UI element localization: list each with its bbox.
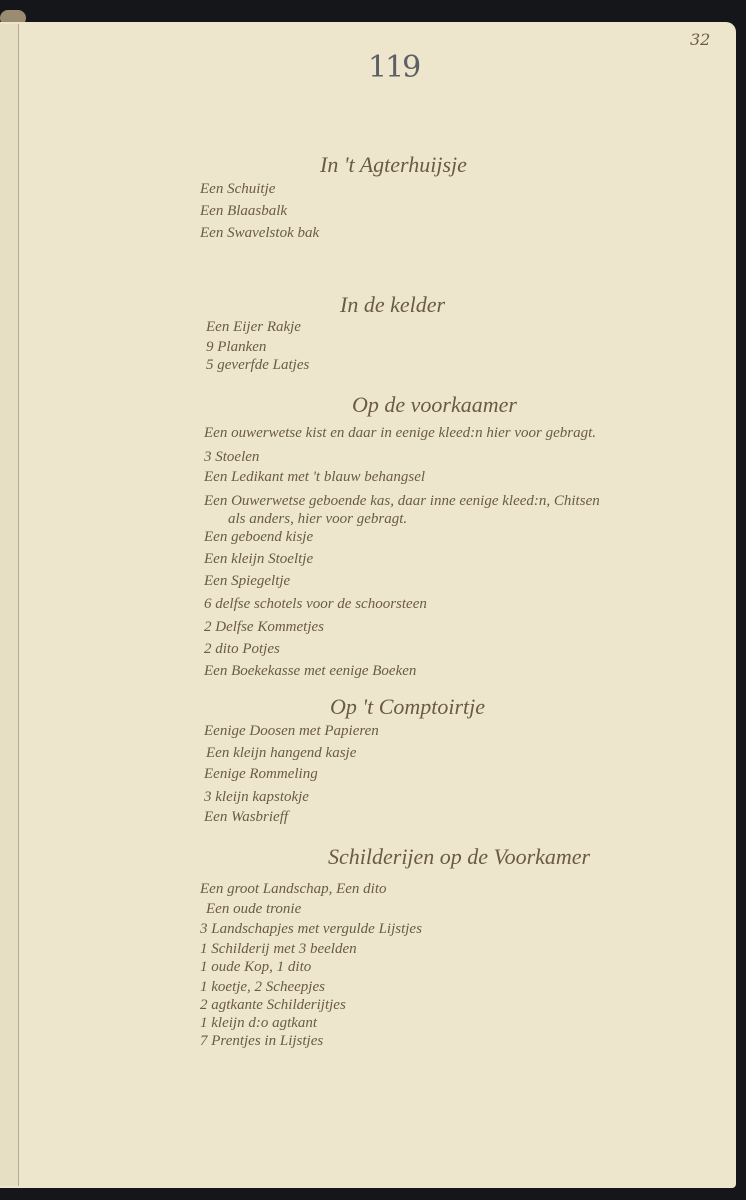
section-heading: Op 't Comptoirtje	[330, 694, 485, 720]
list-item: Een Spiegeltje	[204, 574, 290, 589]
list-item: Een Eijer Rakje	[206, 320, 301, 335]
list-item: Een Blaasbalk	[200, 204, 287, 219]
section-heading: In 't Agterhuijsje	[320, 152, 467, 178]
list-item: 1 oude Kop, 1 dito	[200, 960, 311, 975]
list-item: 5 geverfde Latjes	[206, 358, 309, 373]
list-item: 9 Planken	[206, 340, 266, 355]
section-heading: Op de voorkaamer	[352, 392, 517, 418]
list-item: Eenige Doosen met Papieren	[204, 724, 379, 739]
list-item: 1 Schilderij met 3 beelden	[200, 942, 357, 957]
list-item: Een Ledikant met 't blauw behangsel	[204, 470, 425, 485]
list-item: als anders, hier voor gebragt.	[228, 512, 407, 527]
list-item: Een kleijn hangend kasje	[206, 746, 356, 761]
list-item: Een groot Landschap, Een dito	[200, 882, 387, 897]
list-item: 2 agtkante Schilderijtjes	[200, 998, 346, 1013]
list-item: Een kleijn Stoeltje	[204, 552, 313, 567]
list-item: Een ouwerwetse kist en daar in eenige kl…	[204, 426, 596, 441]
section-heading: Schilderijen op de Voorkamer	[328, 844, 590, 870]
list-item: 6 delfse schotels voor de schoorsteen	[204, 597, 427, 612]
list-item: 2 Delfse Kommetjes	[204, 620, 324, 635]
list-item: 3 Landschapjes met vergulde Lijstjes	[200, 922, 422, 937]
list-item: 7 Prentjes in Lijstjes	[200, 1034, 323, 1049]
list-item: 2 dito Potjes	[204, 642, 280, 657]
list-item: Een oude tronie	[206, 902, 301, 917]
list-item: 3 Stoelen	[204, 450, 259, 465]
list-item: Eenige Rommeling	[204, 767, 318, 782]
list-item: Een Wasbrieff	[204, 810, 288, 825]
list-item: 1 kleijn d:o agtkant	[200, 1016, 317, 1031]
list-item: Een geboend kisje	[204, 530, 313, 545]
list-item: Een Ouwerwetse geboende kas, daar inne e…	[204, 494, 600, 509]
pencil-folio-number: 119	[368, 50, 419, 85]
list-item: Een Schuitje	[200, 182, 275, 197]
list-item: Een Swavelstok bak	[200, 226, 319, 241]
previous-page-edge	[0, 24, 19, 1186]
section-heading: In de kelder	[340, 292, 445, 318]
list-item: 1 koetje, 2 Scheepjes	[200, 980, 325, 995]
list-item: 3 kleijn kapstokje	[204, 790, 309, 805]
list-item: Een Boekekasse met eenige Boeken	[204, 664, 416, 679]
ink-page-number: 32	[690, 30, 710, 49]
